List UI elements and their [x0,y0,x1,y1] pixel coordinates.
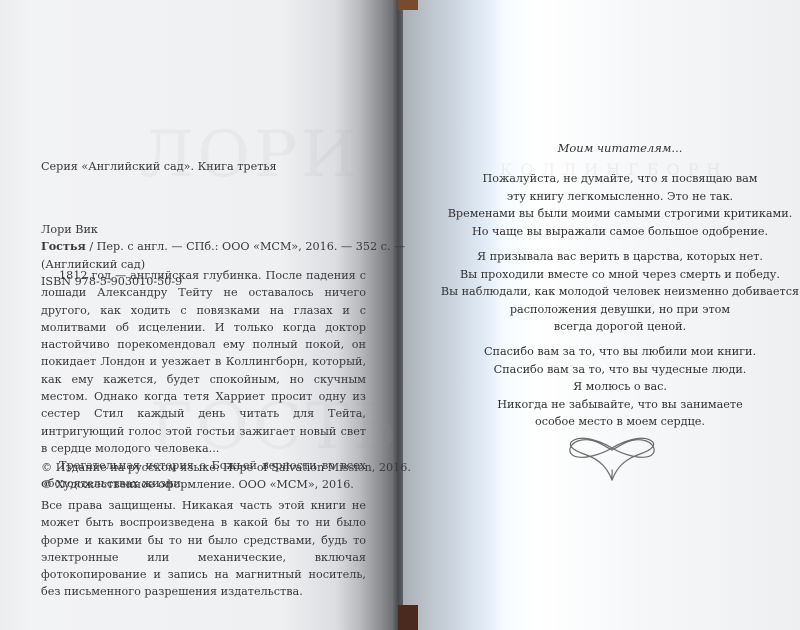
dedication-paragraph: Спасибо вам за то, что вы любили мои кни… [440,343,800,431]
book-title: Гостья [41,239,86,253]
cover-edge-bottom [398,605,418,630]
series-line: Серия «Английский сад». Книга третья [41,158,366,175]
book-gutter [393,0,403,630]
dedication-line: Никогда не забывайте, что вы занимаете [440,396,800,414]
dedication-paragraph: Я призывала вас верить в царства, которы… [440,248,800,336]
flourish-ornament-icon [562,430,662,482]
dedication-line: Я призывала вас верить в царства, которы… [440,248,800,266]
copyright-line: © Издание на русском языке. Hope of Salv… [41,459,366,476]
dedication-line: всегда дорогой ценой. [440,318,800,336]
author-name: Лори Вик [41,221,366,238]
copyright-line: © Художественное оформление. ООО «МСМ», … [41,476,366,493]
show-through-text: ЛОРИ [140,118,361,192]
copyright-notice: © Издание на русском языке. Hope of Salv… [41,459,366,494]
dedication-line: Спасибо вам за то, что вы чудесные люди. [440,361,800,379]
dedication-line: Пожалуйста, не думайте, что я посвящаю в… [440,170,800,188]
dedication-paragraph: Пожалуйста, не думайте, что я посвящаю в… [440,170,800,240]
dedication-line: Временами вы были моими самыми строгими … [440,205,800,223]
title-line: Гостья / Пер. с англ. — СПб.: ООО «МСМ»,… [41,238,366,255]
dedication-line: эту книгу легкомысленно. Это не так. [440,188,800,206]
dedication-line: Но чаще вы выражали самое большое одобре… [440,223,800,241]
dedication-line: расположения девушки, но при этом [440,301,800,319]
dedication-line: Вы проходили вместе со мной через смерть… [440,266,800,284]
cover-edge-top [398,0,418,10]
rights-reserved: Все права защищены. Никакая часть этой к… [41,497,366,601]
dedication-line: Спасибо вам за то, что вы любили мои кни… [440,343,800,361]
dedication-line: особое место в моем сердце. [440,413,800,431]
dedication-line: Вы наблюдали, как молодой человек неизме… [440,283,800,301]
dedication-heading: Моим читателям... [440,140,800,158]
publication-info: / Пер. с англ. — СПб.: ООО «МСМ», 2016. … [86,240,405,253]
dedication-line: Я молюсь о вас. [440,378,800,396]
annotation-paragraph: 1812 год — английская глубинка. После па… [41,267,366,457]
